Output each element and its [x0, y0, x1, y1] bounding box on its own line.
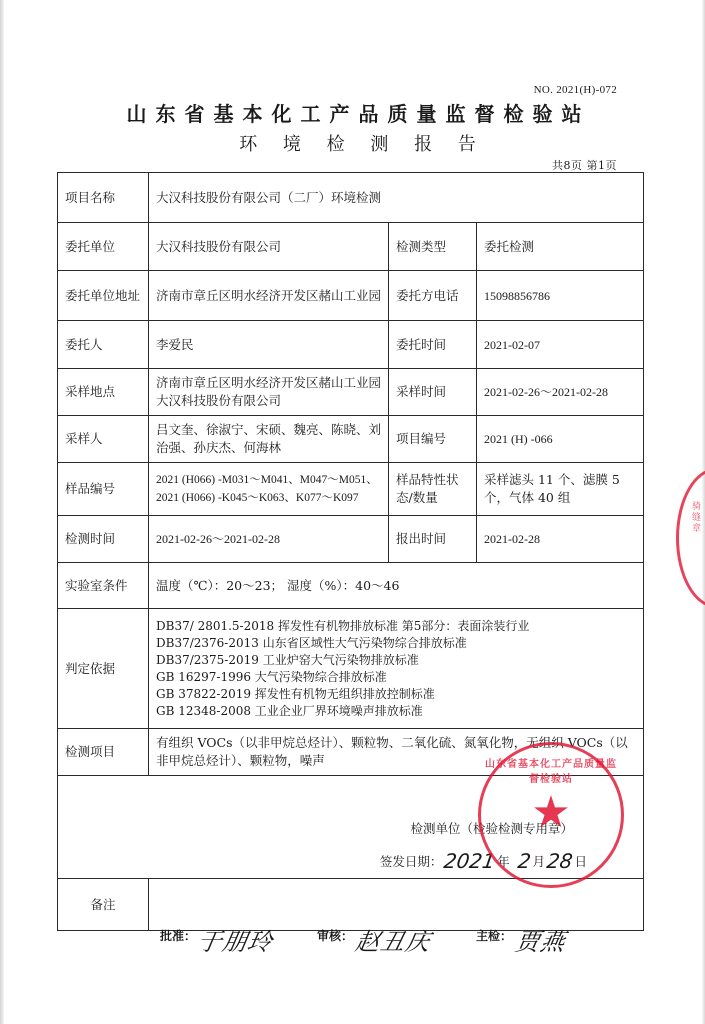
testing-unit-label: 检测单位（检验检测专用章） [411, 820, 574, 838]
sampling-time-label: 采样时间 [389, 369, 477, 416]
client-label: 委托单位 [58, 223, 149, 271]
row-test-items: 检测项目 有组织 VOCs（以非甲烷总烃计）、颗粒物、二氧化硫、氮氧化物，无组织… [58, 729, 644, 776]
sampling-site-label: 采样地点 [58, 369, 149, 416]
row-client-person: 委托人 李爱民 委托时间 2021-02-07 [58, 321, 644, 369]
row-client: 委托单位 大汉科技股份有限公司 检测类型 委托检测 [58, 223, 644, 271]
client-person-value: 李爱民 [149, 321, 389, 369]
issue-day: 28 [546, 851, 574, 871]
report-table: 项目名称 大汉科技股份有限公司（二厂）环境检测 委托单位 大汉科技股份有限公司 … [57, 172, 644, 931]
issue-month: 2 [516, 851, 532, 871]
standard-item: GB 12348-2008 工业企业厂界环境噪声排放标准 [156, 703, 636, 720]
test-time-label: 检测时间 [58, 516, 149, 563]
row-lab-conditions: 实验室条件 温度（℃）：20～23； 湿度（%）：40～46 [58, 563, 644, 609]
perforation-seal-text: 骑缝章 [689, 501, 702, 534]
project-name-label: 项目名称 [58, 173, 149, 223]
standards-label: 判定依据 [58, 609, 149, 729]
project-name-value: 大汉科技股份有限公司（二厂）环境检测 [149, 173, 644, 223]
inspector-signature: 贾燕 [513, 922, 569, 957]
test-items-label: 检测项目 [58, 729, 149, 776]
sample-no-line-2: 2021 (H066) -K045～K063、K077～K097 [156, 489, 381, 507]
lab-conditions-value: 温度（℃）：20～23； 湿度（%）：40～46 [149, 563, 644, 609]
sampling-site-value: 济南市章丘区明水经济开发区赭山工业园大汉科技股份有限公司 [149, 369, 389, 416]
standard-item: GB 37822-2019 挥发性有机物无组织排放控制标准 [156, 686, 636, 703]
row-sample-no: 样品编号 2021 (H066) -M031～M041、M047～M051、 2… [58, 463, 644, 516]
test-items-value: 有组织 VOCs（以非甲烷总烃计）、颗粒物、二氧化硫、氮氧化物，无组织 VOCs… [149, 729, 644, 776]
project-no-label: 项目编号 [389, 416, 477, 463]
review-label: 审核： [317, 927, 353, 944]
signature-row: 批准： 于朋玲 审核： 赵丑庆 主检： 贾燕 [0, 922, 705, 972]
document-title: 环 境 检 测 报 告 [0, 130, 705, 156]
sample-no-value: 2021 (H066) -M031～M041、M047～M051、 2021 (… [149, 463, 389, 516]
client-address-label: 委托单位地址 [58, 271, 149, 321]
sampling-time-value: 2021-02-26～2021-02-28 [477, 369, 644, 416]
standard-item: DB37/ 2801.5-2018 挥发性有机物排放标准 第5部分：表面涂装行业 [156, 618, 636, 635]
samplers-label: 采样人 [58, 416, 149, 463]
row-project-name: 项目名称 大汉科技股份有限公司（二厂）环境检测 [58, 173, 644, 223]
approve-label: 批准： [160, 927, 196, 944]
standard-item: DB37/2375-2019 工业炉窑大气污染物排放标准 [156, 652, 636, 669]
year-char: 年 [497, 853, 510, 871]
row-standards: 判定依据 DB37/ 2801.5-2018 挥发性有机物排放标准 第5部分：表… [58, 609, 644, 729]
standard-item: DB37/2376-2013 山东省区域性大气污染物综合排放标准 [156, 635, 636, 652]
lab-conditions-label: 实验室条件 [58, 563, 149, 609]
row-test-time: 检测时间 2021-02-26～2021-02-28 报出时间 2021-02-… [58, 516, 644, 563]
row-sampling-site: 采样地点 济南市章丘区明水经济开发区赭山工业园大汉科技股份有限公司 采样时间 2… [58, 369, 644, 416]
organization-title: 山东省基本化工产品质量监督检验站 [0, 98, 705, 127]
issue-date-label: 签发日期： [380, 853, 443, 871]
standard-item: GB 16297-1996 大气污染物综合排放标准 [156, 669, 636, 686]
issue-year: 2021 [443, 851, 497, 871]
client-phone-label: 委托方电话 [389, 271, 477, 321]
project-no-value: 2021 (H) -066 [477, 416, 644, 463]
sample-state-value: 采样滤头 11 个、滤膜 5 个，气体 40 组 [477, 463, 644, 516]
approve-signature: 于朋玲 [195, 922, 276, 957]
sample-state-label: 样品特性状态/数量 [389, 463, 477, 516]
report-date-label: 报出时间 [389, 516, 477, 563]
client-person-label: 委托人 [58, 321, 149, 369]
sample-no-line-1: 2021 (H066) -M031～M041、M047～M051、 [156, 471, 381, 489]
client-phone-value: 15098856786 [477, 271, 644, 321]
test-type-value: 委托检测 [477, 223, 644, 271]
report-number: NO. 2021(H)-072 [534, 84, 617, 96]
client-address-value: 济南市章丘区明水经济开发区赭山工业园 [149, 271, 389, 321]
sign-block: 检测单位（检验检测专用章） 签发日期： 2021 年 2 月 28 日 [58, 776, 644, 879]
row-client-address: 委托单位地址 济南市章丘区明水经济开发区赭山工业园 委托方电话 15098856… [58, 271, 644, 321]
client-value: 大汉科技股份有限公司 [149, 223, 389, 271]
sample-no-label: 样品编号 [58, 463, 149, 516]
samplers-value: 吕文奎、徐淑宁、宋硕、魏亮、陈晓、刘治强、孙庆杰、何海林 [149, 416, 389, 463]
month-char: 月 [533, 853, 546, 871]
commission-date-value: 2021-02-07 [477, 321, 644, 369]
row-sign-block: 检测单位（检验检测专用章） 签发日期： 2021 年 2 月 28 日 [58, 776, 644, 879]
report-date-value: 2021-02-28 [477, 516, 644, 563]
review-signature: 赵丑庆 [353, 922, 434, 957]
commission-date-label: 委托时间 [389, 321, 477, 369]
day-char: 日 [575, 853, 588, 871]
test-time-value: 2021-02-26～2021-02-28 [149, 516, 389, 563]
row-samplers: 采样人 吕文奎、徐淑宁、宋硕、魏亮、陈晓、刘治强、孙庆杰、何海林 项目编号 20… [58, 416, 644, 463]
inspector-label: 主检： [476, 927, 512, 944]
perforation-seal: 骑缝章 [676, 468, 705, 608]
issue-date: 签发日期： 2021 年 2 月 28 日 [380, 851, 587, 871]
test-type-label: 检测类型 [389, 223, 477, 271]
standards-list: DB37/ 2801.5-2018 挥发性有机物排放标准 第5部分：表面涂装行业… [149, 609, 644, 729]
page-info: 共8页 第1页 [552, 157, 617, 173]
